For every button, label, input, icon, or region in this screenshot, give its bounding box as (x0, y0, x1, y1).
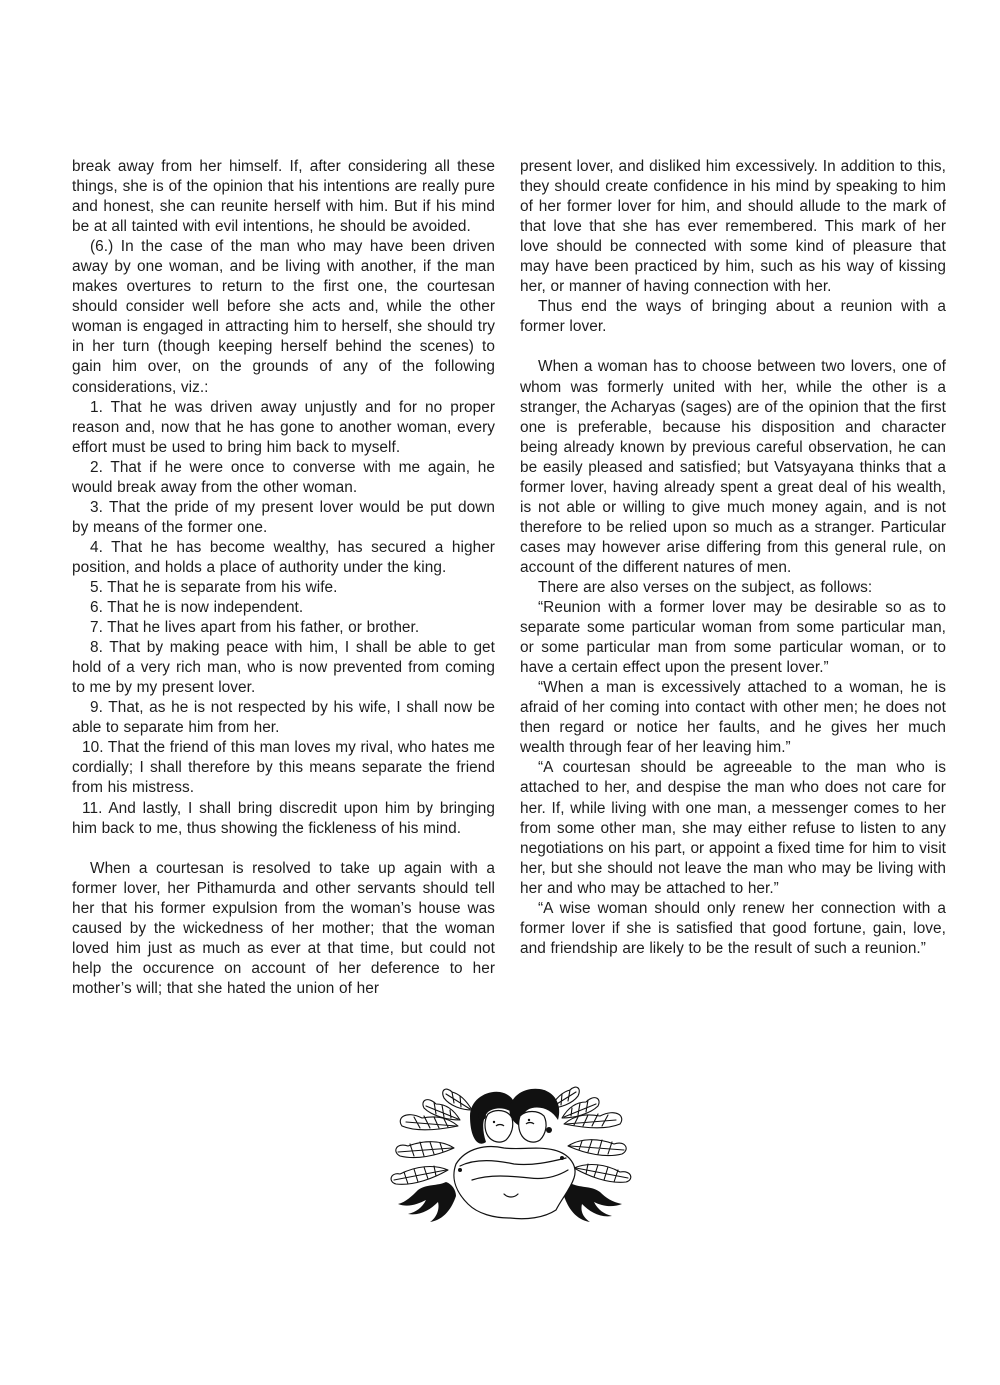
paragraph-continuation: break away from her himself. If, after c… (72, 157, 495, 237)
consideration-item-7: 7. That he lives apart from his father, … (72, 618, 495, 638)
illustration-svg (386, 1086, 636, 1226)
verse-2: “When a man is excessively attached to a… (520, 678, 946, 758)
paragraph-courtesan-resolved: When a courtesan is resolved to take up … (72, 859, 495, 999)
verse-1: “Reunion with a former lover may be desi… (520, 598, 946, 678)
paragraph-continuation-right: present lover, and disliked him excessiv… (520, 157, 946, 297)
consideration-item-5: 5. That he is separate from his wife. (72, 578, 495, 598)
right-text-column: present lover, and disliked him excessiv… (520, 157, 946, 959)
consideration-item-8: 8. That by making peace with him, I shal… (72, 638, 495, 698)
consideration-item-1: 1. That he was driven away unjustly and … (72, 398, 495, 458)
consideration-item-9: 9. That, as he is not respected by his w… (72, 698, 495, 738)
verse-4: “A wise woman should only renew her conn… (520, 899, 946, 959)
paragraph-case-6: (6.) In the case of the man who may have… (72, 237, 495, 397)
consideration-item-11: 11. And lastly, I shall bring discredit … (72, 799, 495, 839)
embracing-figures-illustration-icon (386, 1086, 636, 1226)
verses-intro: There are also verses on the subject, as… (520, 578, 946, 598)
paragraph-conclusion: Thus end the ways of bringing about a re… (520, 297, 946, 337)
left-text-column: break away from her himself. If, after c… (72, 157, 495, 999)
consideration-item-2: 2. That if he were once to converse with… (72, 458, 495, 498)
book-page: break away from her himself. If, after c… (0, 0, 1000, 1385)
paragraph-choosing-lovers: When a woman has to choose between two l… (520, 357, 946, 578)
consideration-item-3: 3. That the pride of my present lover wo… (72, 498, 495, 538)
verse-3: “A courtesan should be agreeable to the … (520, 758, 946, 898)
consideration-item-4: 4. That he has become wealthy, has secur… (72, 538, 495, 578)
consideration-item-6: 6. That he is now independent. (72, 598, 495, 618)
consideration-item-10: 10. That the friend of this man loves my… (72, 738, 495, 798)
